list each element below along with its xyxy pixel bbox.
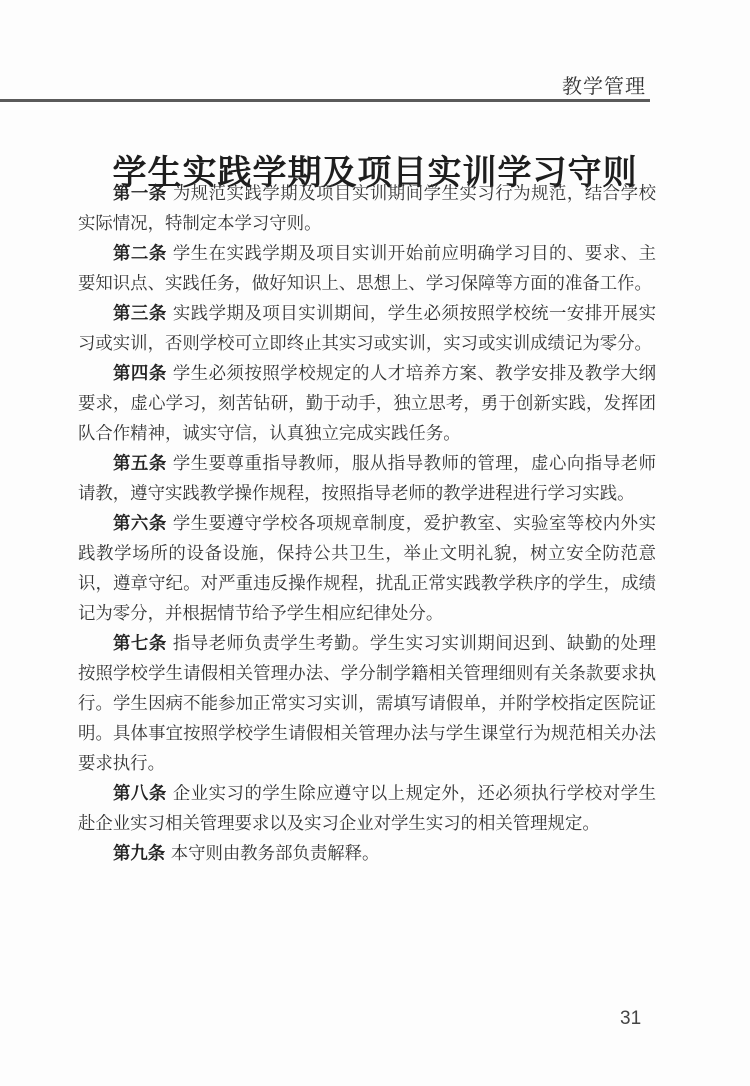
article-list: 第一条 为规范实践学期及项目实训期间学生实习行为规范，结合学校实际情况，特制定本…: [78, 179, 656, 869]
article-label: 第四条: [113, 364, 167, 384]
article-text: 指导老师负责学生考勤。学生实习实训期间迟到、缺勤的处理按照学校学生请假相关管理办…: [78, 634, 656, 774]
header-rule: [0, 99, 650, 102]
article-label: 第五条: [113, 454, 167, 474]
article-label: 第八条: [113, 784, 167, 804]
article-label: 第七条: [113, 634, 167, 654]
article-1: 第一条 为规范实践学期及项目实训期间学生实习行为规范，结合学校实际情况，特制定本…: [78, 179, 656, 239]
article-5: 第五条 学生要尊重指导教师，服从指导教师的管理，虚心向指导老师请教，遵守实践教学…: [78, 449, 656, 509]
article-2: 第二条 学生在实践学期及项目实训开始前应明确学习目的、要求、主要知识点、实践任务…: [78, 239, 656, 299]
article-4: 第四条 学生必须按照学校规定的人才培养方案、教学安排及教学大纲要求，虚心学习，刻…: [78, 359, 656, 449]
article-label: 第九条: [113, 844, 165, 864]
running-header-section: 教学管理: [562, 70, 646, 99]
article-7: 第七条 指导老师负责学生考勤。学生实习实训期间迟到、缺勤的处理按照学校学生请假相…: [78, 629, 656, 779]
article-3: 第三条 实践学期及项目实训期间，学生必须按照学校统一安排开展实习或实训，否则学校…: [78, 299, 656, 359]
article-text: 本守则由教务部负责解释。: [171, 844, 380, 864]
page-number: 31: [620, 1008, 641, 1030]
article-label: 第三条: [113, 304, 167, 324]
article-8: 第八条 企业实习的学生除应遵守以上规定外，还必须执行学校对学生赴企业实习相关管理…: [78, 779, 656, 839]
article-label: 第六条: [113, 514, 167, 534]
article-6: 第六条 学生要遵守学校各项规章制度，爱护教室、实验室等校内外实践教学场所的设备设…: [78, 509, 656, 629]
article-label: 第二条: [113, 244, 167, 264]
article-label: 第一条: [113, 184, 167, 204]
article-9: 第九条 本守则由教务部负责解释。: [78, 839, 656, 869]
